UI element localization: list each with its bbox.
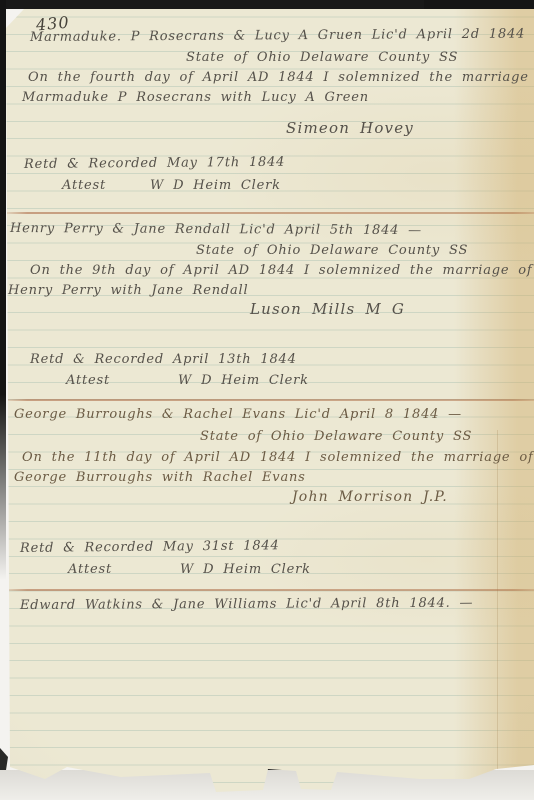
entry-separator-rule [6, 212, 534, 214]
recorded-line: Retd & Recorded April 13th 1844 [30, 352, 297, 367]
clerk-signature: W D Heim Clerk [150, 178, 281, 193]
recorded-line: Retd & Recorded May 17th 1844 [24, 155, 285, 172]
entry-title-line: Edward Watkins & Jane Williams Lic'd Apr… [20, 596, 473, 613]
recorded-line: Retd & Recorded May 31st 1844 [20, 538, 280, 556]
book-spine-edge [0, 0, 6, 580]
couple-line: Henry Perry with Jane Rendall [8, 283, 248, 298]
officiant-signature: Simeon Hovey [286, 119, 414, 137]
attest-label: Attest [62, 178, 106, 193]
jurisdiction-line: State of Ohio Delaware County SS [186, 50, 458, 65]
jurisdiction-line: State of Ohio Delaware County SS [200, 429, 472, 444]
entry-separator-rule [6, 399, 534, 401]
scanned-ledger-page: 430 Marmaduke. P Rosecrans & Lucy A Grue… [0, 0, 534, 800]
entry-title-line: Marmaduke. P Rosecrans & Lucy A Gruen Li… [30, 27, 525, 45]
jurisdiction-line: State of Ohio Delaware County SS [196, 243, 468, 258]
couple-line: George Burroughs with Rachel Evans [14, 470, 306, 485]
entry-separator-rule [6, 589, 534, 591]
clerk-signature: W D Heim Clerk [178, 373, 309, 388]
ledger-paper: 430 Marmaduke. P Rosecrans & Lucy A Grue… [0, 0, 534, 800]
officiant-signature: Luson Mills M G [250, 300, 405, 318]
officiant-signature: John Morrison J.P. [292, 489, 448, 505]
solemnization-line: On the 11th day of April AD 1844 I solem… [22, 450, 534, 465]
paper-crease [497, 430, 498, 775]
attest-label: Attest [68, 562, 112, 577]
clerk-signature: W D Heim Clerk [180, 562, 311, 577]
entry-title-line: Henry Perry & Jane Rendall Lic'd April 5… [10, 221, 422, 238]
entry-title-line: George Burroughs & Rachel Evans Lic'd Ap… [14, 407, 462, 422]
attest-label: Attest [66, 373, 110, 388]
solemnization-line: On the 9th day of April AD 1844 I solemn… [30, 263, 533, 278]
couple-line: Marmaduke P Rosecrans with Lucy A Green [22, 90, 369, 105]
solemnization-line: On the fourth day of April AD 1844 I sol… [28, 70, 534, 85]
